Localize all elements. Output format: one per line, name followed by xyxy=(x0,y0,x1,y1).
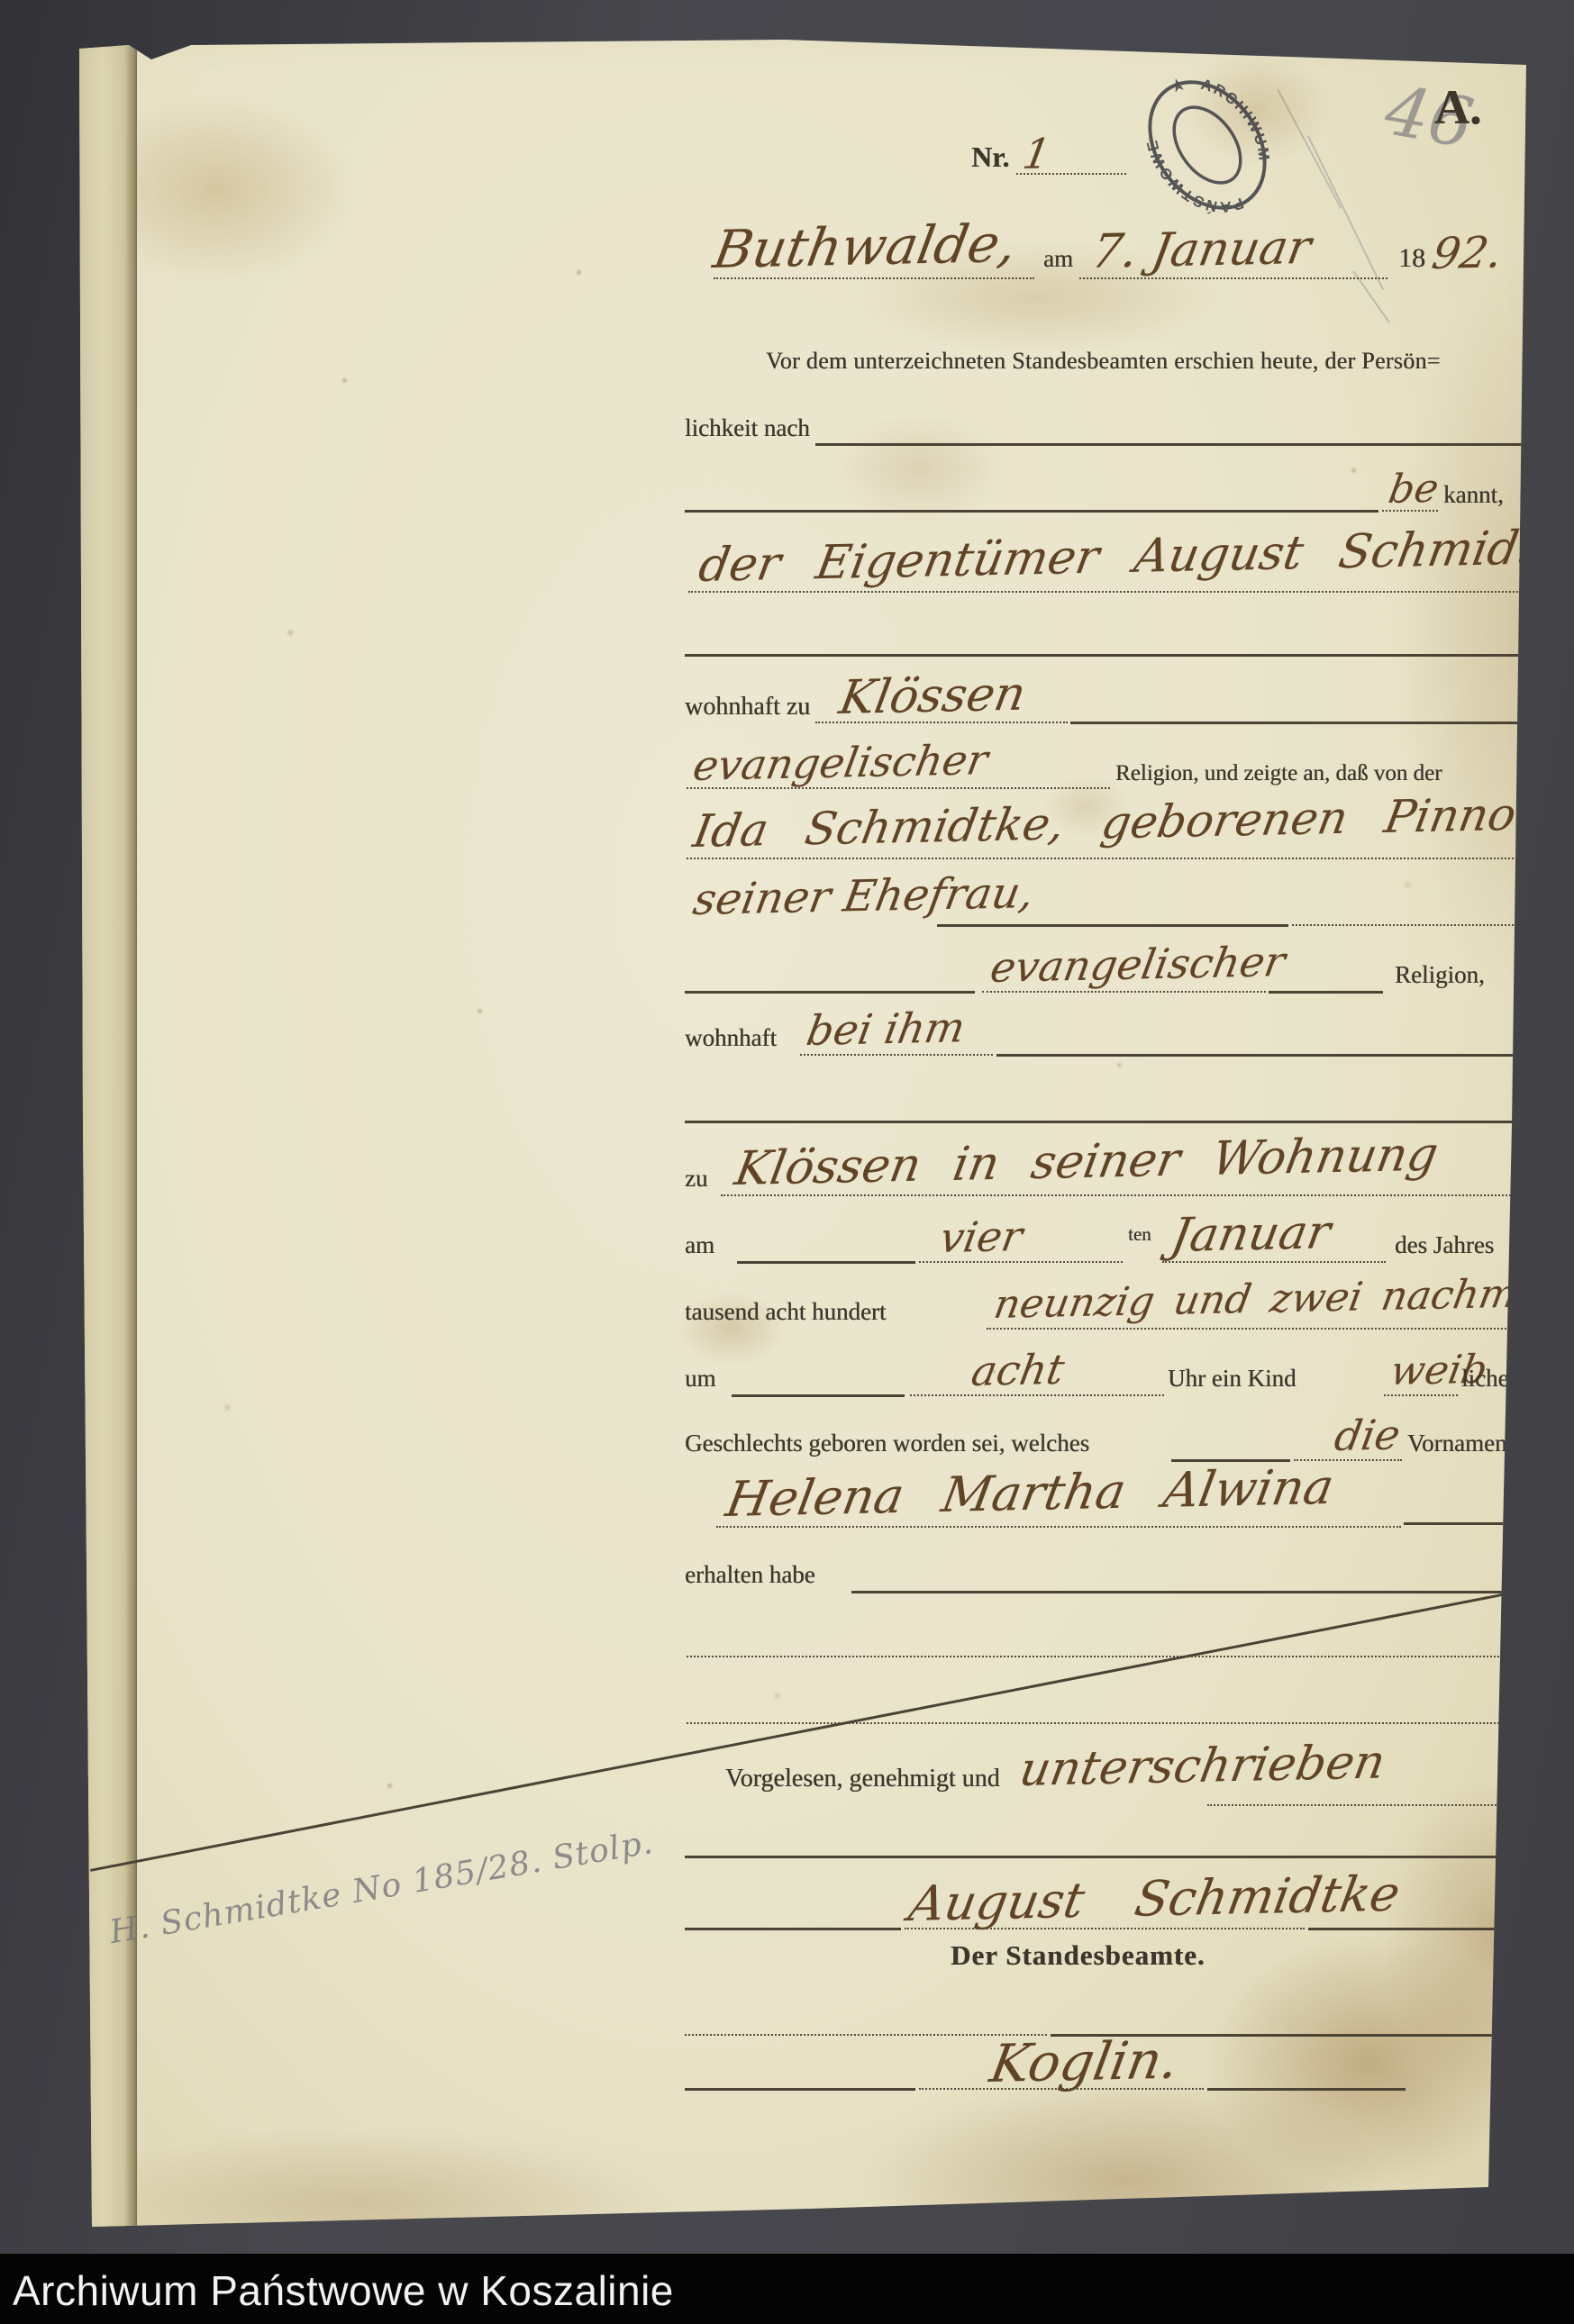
rule-line xyxy=(1382,510,1438,512)
registrar-signature: Koglin. xyxy=(987,2034,1183,2090)
child-name-entry: Helena Martha Alwina xyxy=(723,1463,1337,1524)
closing-label: Vorgelesen, genehmigt und xyxy=(725,1766,1000,1792)
rule-line xyxy=(910,1394,1164,1396)
rule-line xyxy=(800,1054,993,1056)
wife-entry: seiner Ehefrau, xyxy=(690,871,1038,921)
stamp-star-icon: ✯ xyxy=(1164,71,1193,100)
rule-line xyxy=(685,1928,901,1930)
rule-line xyxy=(716,1526,1401,1528)
rule-line xyxy=(1207,2088,1406,2091)
rule-line xyxy=(1294,1459,1402,1461)
religion2-printed: Religion, xyxy=(1395,963,1485,987)
known-printed: kannt, xyxy=(1443,483,1504,507)
rule-line xyxy=(685,991,975,994)
registrar-title: Der Standesbeamte. xyxy=(951,1941,1206,1969)
residing-label: wohnhaft xyxy=(685,1026,777,1050)
pencil-page-number: 46 xyxy=(1380,76,1478,159)
sex-line-label: Geschlechts geboren worden sei, welches xyxy=(685,1431,1089,1456)
form-letter-a: A. xyxy=(1434,83,1482,132)
rule-line xyxy=(982,991,1266,993)
day-suffix: ten xyxy=(1128,1225,1151,1244)
hour-entry: acht xyxy=(969,1348,1068,1392)
rule-line xyxy=(685,2088,915,2091)
year-of-label: des Jahres xyxy=(1395,1233,1494,1257)
form-intro-line1: Vor dem unterzeichneten Standesbeamten e… xyxy=(766,350,1441,373)
rule-line xyxy=(685,510,1378,513)
closing-entry: unterschrieben xyxy=(1016,1739,1388,1793)
rule-line xyxy=(996,1054,1524,1057)
month-entry: Januar xyxy=(1168,1209,1333,1259)
known-entry: be xyxy=(1386,469,1442,510)
rule-line xyxy=(687,787,1110,789)
rule-line xyxy=(1079,277,1387,279)
archive-name: Archiwum Państwowe w Koszalinie xyxy=(13,2266,674,2315)
am-label: am xyxy=(1043,247,1073,271)
rule-line xyxy=(687,858,1524,859)
rule-line xyxy=(685,1856,1524,1858)
rule-line xyxy=(732,1394,905,1397)
year-printed: 18 xyxy=(1398,245,1425,272)
religion1-entry: evangelischer xyxy=(690,739,991,786)
rule-line xyxy=(1207,1804,1524,1806)
form-intro-line2: lichkeit nach xyxy=(685,416,810,440)
religion2-entry: evangelischer xyxy=(987,940,1288,988)
birthplace-entry: Klössen in seiner Wohnung xyxy=(732,1131,1442,1193)
date-entry: 7. Januar xyxy=(1088,224,1315,276)
rule-line xyxy=(687,1656,1524,1657)
day-entry: vier xyxy=(937,1215,1025,1258)
article-entry: die xyxy=(1332,1414,1404,1457)
rule-line xyxy=(685,654,1524,657)
svg-text:✯ ARCHIWUM: ✯ ARCHIWUM PAŃSTWOWE xyxy=(1120,50,1296,240)
rule-line xyxy=(815,722,1068,723)
rule-line xyxy=(1162,1261,1386,1263)
year-words-label: tausend acht hundert xyxy=(685,1300,886,1324)
residence-entry: Klössen xyxy=(836,671,1029,722)
declarant-entry: der Eigentümer August Schmidtke xyxy=(696,523,1574,589)
day-label: am xyxy=(685,1233,714,1257)
religion1-printed: Religion, und zeigte an, daß von der xyxy=(1115,762,1442,785)
rule-line xyxy=(737,1261,915,1264)
archive-footer-bar: Archiwum Państwowe w Koszalinie xyxy=(0,2254,1574,2324)
rule-line xyxy=(1384,1394,1458,1396)
document-page: Nr. 1 ✯ ARCHIWUM PAŃSTWOWE 46 A. Buthwal… xyxy=(0,0,1574,2324)
pencil-margin-note: H. Schmidtke No 185/28. Stolp. xyxy=(107,1827,656,1949)
rule-line xyxy=(905,1928,1305,1929)
record-number-value: 1 xyxy=(1020,132,1053,175)
rule-line xyxy=(1051,2034,1524,2037)
stamp-text-bottom: PAŃSTWOWE xyxy=(1136,113,1250,240)
rule-line xyxy=(919,2088,1204,2090)
paper-stains xyxy=(0,0,5,5)
pencil-scratch xyxy=(1307,136,1384,291)
rule-line xyxy=(1292,924,1524,926)
rule-line xyxy=(815,443,1532,446)
scanned-document-photo: Nr. 1 ✯ ARCHIWUM PAŃSTWOWE 46 A. Buthwal… xyxy=(0,0,1574,2324)
mother-entry: Ida Schmidtke, geborenen Pinnow, xyxy=(690,791,1567,854)
rule-line xyxy=(688,591,1524,593)
rule-line xyxy=(721,1194,1524,1196)
rule-line xyxy=(685,1121,1524,1123)
archive-oval-stamp: ✯ ARCHIWUM PAŃSTWOWE xyxy=(1120,50,1296,240)
rule-line xyxy=(1404,1522,1524,1525)
rule-line xyxy=(687,1722,1524,1724)
residing-entry: bei ihm xyxy=(804,1006,969,1051)
residence-label: wohnhaft zu xyxy=(685,694,810,720)
rule-line xyxy=(1016,173,1126,175)
page-binding-edge xyxy=(79,40,137,2227)
pencil-scratch xyxy=(1352,270,1390,322)
sex-entry: weib xyxy=(1387,1350,1490,1392)
year-words-entry: neunzig und zwei nachmittags xyxy=(991,1272,1574,1325)
rule-line xyxy=(851,1591,1524,1593)
pencil-scratch xyxy=(1277,89,1342,209)
rule-line xyxy=(685,2034,1047,2036)
lichen-label: lichen xyxy=(1461,1366,1521,1391)
rule-line xyxy=(919,1261,1123,1263)
stamp-text-top: ARCHIWUM xyxy=(1193,63,1285,172)
year-entry: 92. xyxy=(1429,231,1506,276)
rule-line xyxy=(714,277,1034,279)
rule-line xyxy=(1070,722,1524,724)
vornamen-label: Vornamen xyxy=(1407,1431,1506,1456)
hour-label: um xyxy=(685,1366,716,1391)
declarant-signature: August Schmidtke xyxy=(905,1870,1404,1929)
strike-through-line xyxy=(90,1589,1525,1872)
rule-line xyxy=(1269,991,1383,994)
uhr-kind-label: Uhr ein Kind xyxy=(1168,1366,1296,1391)
record-number-label: Nr. xyxy=(971,142,1009,171)
place-entry: Buthwalde, xyxy=(710,217,1021,276)
rule-line xyxy=(1308,1928,1524,1930)
rule-line xyxy=(937,924,1288,927)
birthplace-label: zu xyxy=(685,1167,707,1191)
received-label: erhalten habe xyxy=(685,1563,815,1587)
rule-line xyxy=(1171,1459,1290,1462)
rule-line xyxy=(987,1328,1524,1330)
